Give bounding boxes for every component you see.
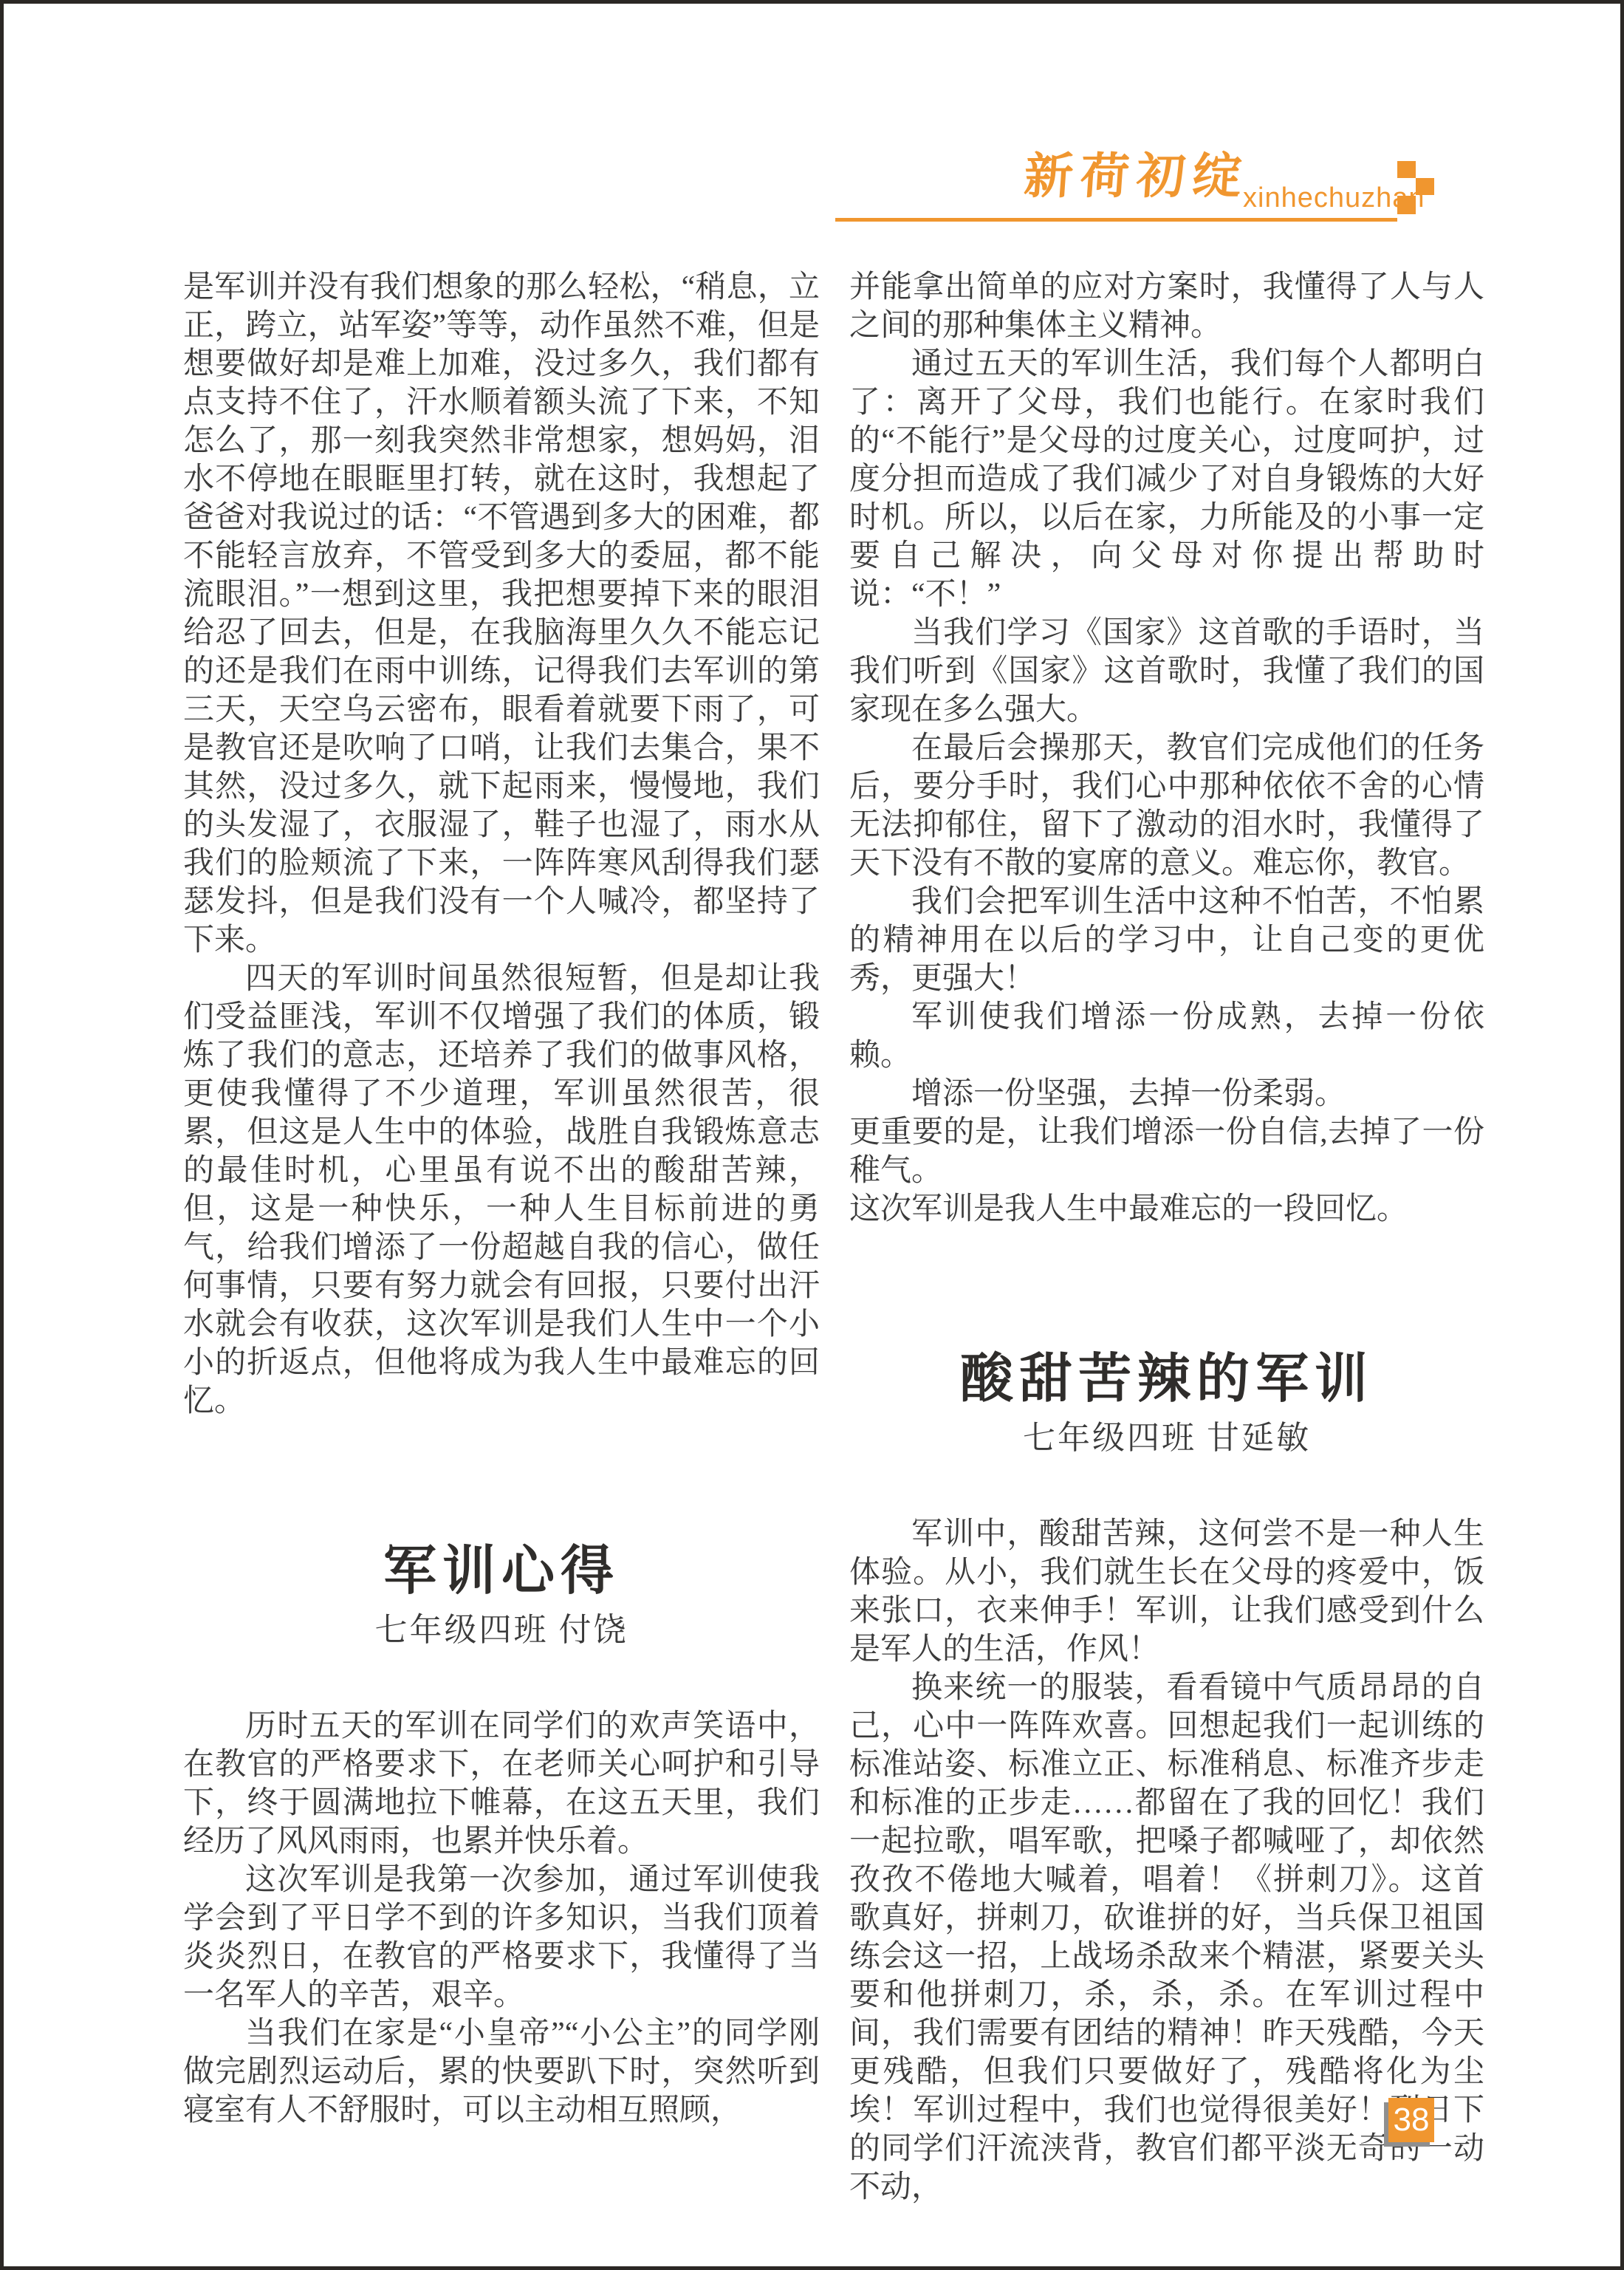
article-byline: 七年级四班 甘延敏 <box>849 1421 1484 1456</box>
brand-title: 新荷初绽 <box>1023 151 1251 200</box>
paragraph: 是军训并没有我们想象的那么轻松，“稍息，立正，跨立，站军姿”等等，动作虽然不难，… <box>183 268 820 960</box>
paragraph: 历时五天的军训在同学们的欢声笑语中，在教官的严格要求下，在老师关心呵护和引导下，… <box>183 1707 820 1861</box>
paragraph: 增添一份坚强，去掉一份柔弱。 <box>849 1075 1484 1113</box>
paragraph: 当我们学习《国家》这首歌的手语时，当我们听到《国家》这首歌时，我懂了我们的国家现… <box>849 614 1484 729</box>
paragraph: 军训中，酸甜苦辣，这何尝不是一种人生体验。从小，我们就生长在父母的疼爱中，饭来张… <box>849 1515 1484 1669</box>
paragraph: 这次军训是我人生中最难忘的一段回忆。 <box>849 1190 1484 1228</box>
page-number-badge: 38 <box>1388 2098 1434 2142</box>
paragraph: 更重要的是，让我们增添一份自信,去掉了一份稚气。 <box>849 1113 1484 1190</box>
deco-square-icon <box>1416 178 1434 195</box>
paragraph: 我们会把军训生活中这种不怕苦，不怕累的精神用在以后的学习中，让自己变的更优秀，更… <box>849 883 1484 998</box>
header-rule <box>835 218 1397 222</box>
deco-square-icon <box>1397 161 1416 178</box>
deco-square-icon <box>1397 196 1416 214</box>
paragraph: 当我们在家是“小皇帝”“小公主”的同学刚做完剧烈运动后，累的快要趴下时，突然听到… <box>183 2014 820 2130</box>
column-right: 并能拿出简单的应对方案时，我懂得了人与人之间的那种集体主义精神。 通过五天的军训… <box>849 268 1484 2206</box>
article-byline: 七年级四班 付饶 <box>183 1613 820 1648</box>
column-left: 是军训并没有我们想象的那么轻松，“稍息，立正，跨立，站军姿”等等，动作虽然不难，… <box>183 268 820 2130</box>
paragraph: 四天的军训时间虽然很短暂，但是却让我们受益匪浅，军训不仅增强了我们的体质，锻炼了… <box>183 960 820 1421</box>
paragraph: 通过五天的军训生活，我们每个人都明白了：离开了父母，我们也能行。在家时我们的“不… <box>849 345 1484 614</box>
paragraph: 这次军训是我第一次参加，通过军训使我学会到了平日学不到的许多知识，当我们顶着炎炎… <box>183 1861 820 2014</box>
paragraph: 并能拿出简单的应对方案时，我懂得了人与人之间的那种集体主义精神。 <box>849 268 1484 345</box>
article-head: 军训心得 七年级四班 付饶 <box>183 1540 820 1648</box>
magazine-page: 新荷初绽 xinhechuzhan 是军训并没有我们想象的那么轻松，“稍息，立正… <box>0 0 1624 2270</box>
page-number: 38 <box>1394 2104 1430 2136</box>
article-title: 酸甜苦辣的军训 <box>849 1348 1484 1410</box>
article-head: 酸甜苦辣的军训 七年级四班 甘延敏 <box>849 1348 1484 1456</box>
article-title: 军训心得 <box>183 1540 820 1602</box>
paragraph: 军训使我们增添一份成熟，去掉一份依赖。 <box>849 998 1484 1075</box>
paragraph: 在最后会操那天，教官们完成他们的任务后，要分手时，我们心中那种依依不舍的心情无法… <box>849 729 1484 883</box>
